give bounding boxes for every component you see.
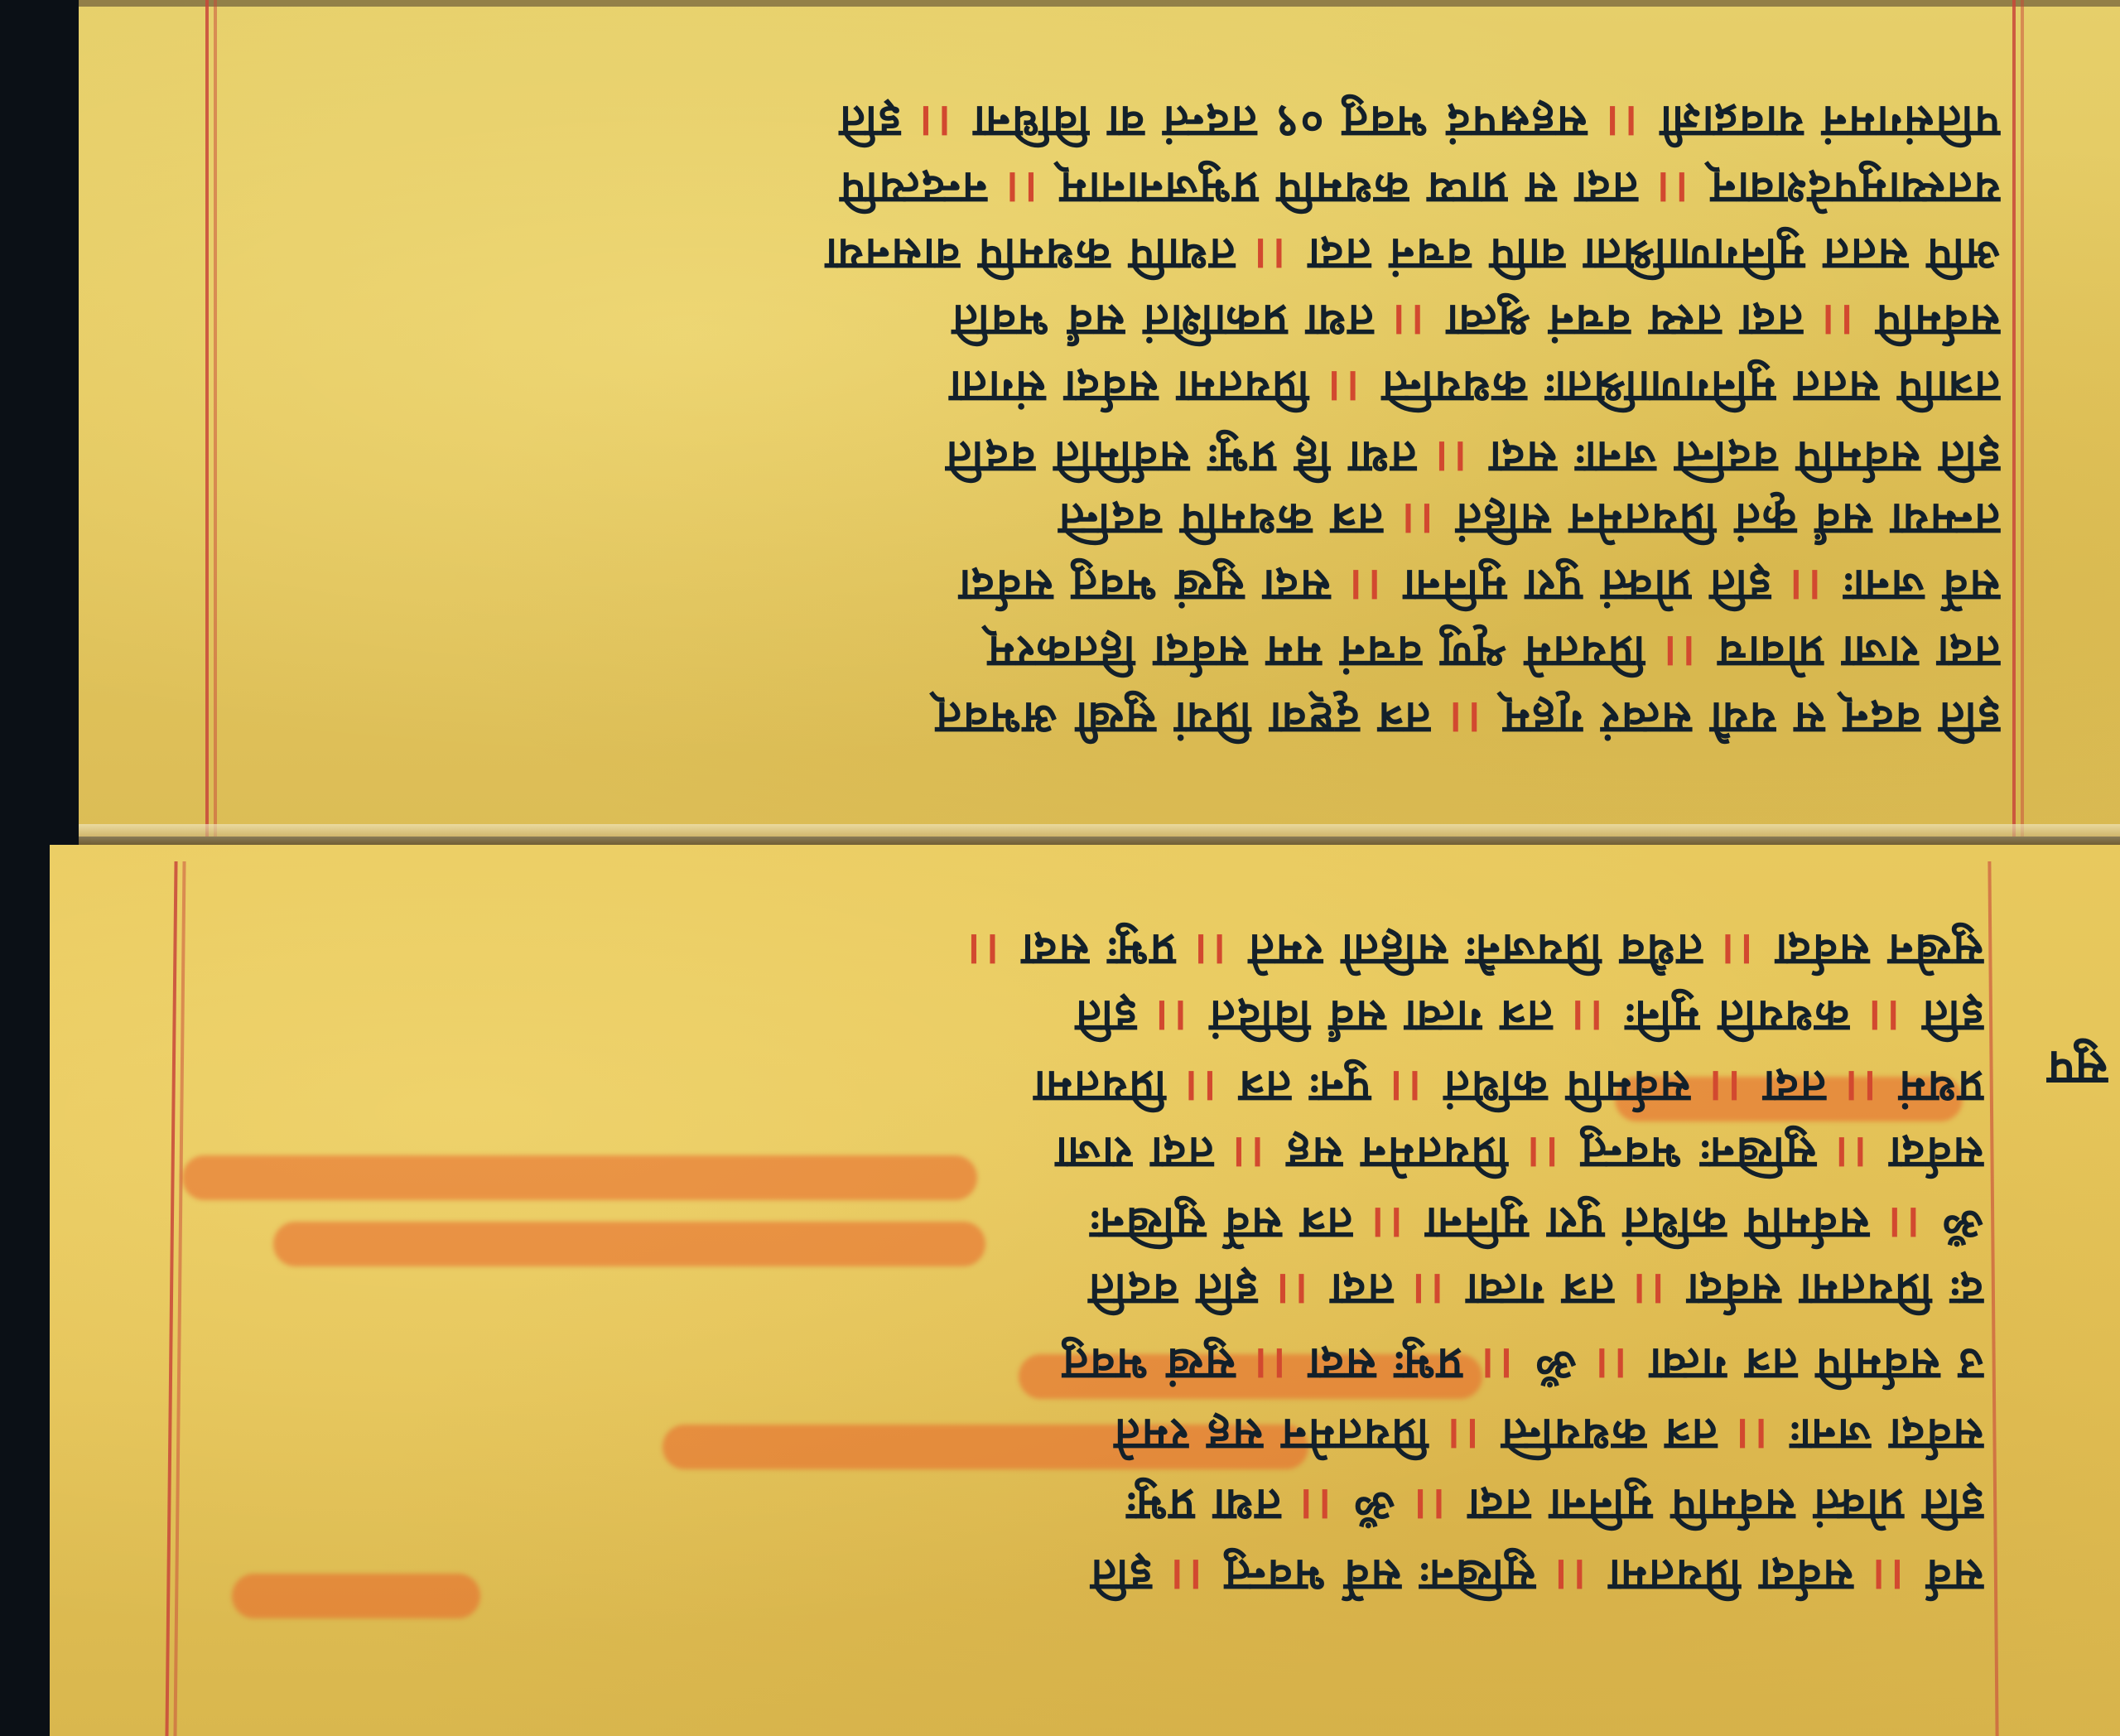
double-danda-mark: ।। [1253,1338,1290,1391]
red-ruling-left-top [205,0,209,837]
double-danda-mark: ।। [1169,1550,1207,1602]
manuscript-line: प्रथमं ।। तदा ।। सर्वमपि कथितं ।। पुनः त… [170,1060,1983,1113]
double-danda-mark: ।। [1820,295,1857,347]
manuscript-line: यतस्यामुपदेशवान् ।। तदा स प्राप्य कथमपि … [219,162,2000,215]
double-danda-mark: ।। [1388,1061,1425,1113]
double-danda-mark: ।। [1867,991,1904,1043]
double-danda-mark: ।। [1631,1264,1669,1316]
manuscript-line: सर्व ।। सर्वदा प्रियतमा ।। सुखिनः सर्वे … [112,1549,1983,1602]
double-danda-mark: ।। [1448,692,1485,745]
double-danda-mark: ।। [1252,229,1289,281]
margin-note: सुप [2050,1039,2108,1097]
double-danda-mark: ।। [1708,1061,1745,1113]
manuscript-line: दः प्रियतमा सर्वदा ।। तत्र गत्वा ।। तदा … [137,1263,1983,1316]
double-danda-mark: ।। [1154,991,1191,1043]
double-danda-mark: ।। [1390,295,1428,347]
manuscript-line: सर्वे जनाः ।। इति प्रोक्तं पुरा मुनिना ।… [219,559,2000,612]
double-danda-mark: ।। [1370,1198,1407,1250]
manuscript-line: तदा राजा प्रोवाच ।। प्रियतमे शृणु वचनं म… [219,625,2000,678]
red-ruling-left-top-inner [214,0,217,837]
double-danda-mark: ।। [1347,560,1385,612]
red-ruling-right-top-inner [2021,0,2024,837]
double-danda-mark: ।। [1480,1338,1517,1391]
manuscript-line: इति सर्वमपि वदन्ति जनाः सदा ।। तथा हि प्… [219,431,2000,484]
double-danda-mark: ।। [1183,1061,1221,1113]
double-danda-mark: ।। [1274,1264,1312,1316]
manuscript-line: सर्वदा जनाः ।। तत्र कथयन्ति ।। प्रियतमेन… [120,1408,1983,1461]
leaf-top-edge [79,0,2120,7]
double-danda-mark: ।। [1886,1198,1924,1250]
double-danda-mark: ।। [1412,1479,1449,1531]
red-ruling-right-top [2012,0,2016,837]
double-danda-mark: ।। [1593,1338,1631,1391]
manuscript-line: इति ।। कथयति मुनिः ।। तत्र गत्वा सर्वं व… [178,990,1983,1043]
double-danda-mark: ।। [1662,626,1699,678]
manuscript-line: इति प्रोक्तं सर्वमपि मुनिना तदा ।। ॐ ।। … [112,1478,1983,1531]
double-danda-mark: ।। [1843,1061,1881,1113]
double-danda-mark: ।। [1604,96,1641,148]
manuscript-line: सर्वमपि ।। तदा तस्य वचनं श्रुत्वा ।। तथा… [219,294,2000,347]
manuscript-line: उ सर्वमपि तत्र गत्वा ।। ॐ ।। प्रभुः सदा … [128,1338,1983,1391]
manuscript-line: इति वदन् स ययौ सत्वरं गृहम् ।। तत्र दृष्… [219,692,2000,745]
double-danda-mark: ।। [1326,361,1363,413]
double-danda-mark: ।। [1525,1127,1563,1179]
double-danda-mark: ।। [1569,991,1607,1043]
double-danda-mark: ।। [1400,494,1438,546]
double-danda-mark: ।। [1231,1127,1268,1179]
double-danda-mark: ।। [1553,1550,1590,1602]
double-danda-mark: ।। [966,924,1003,976]
manuscript-line: तत्रापि सतत मुनिगणाश्रिताः कथयन्ति ।। प्… [219,360,2000,413]
double-danda-mark: ।। [918,96,955,148]
double-danda-mark: ।। [1446,1409,1483,1461]
manuscript-line: अपि सतत मुनिगणाश्रिता वापि वचनं तदा ।। त… [219,228,2000,281]
manuscript-line: पतिसंगमनं यावद्राज्ञी ।। सहस्रपदं भवतु ०… [219,95,2000,148]
double-danda-mark: ।। [1192,924,1230,976]
manuscript-line: तन्मया सर्वं कृतं प्रियतमेन सहितं ।। तत्… [219,493,2000,546]
double-danda-mark: ।। [1720,924,1757,976]
double-danda-mark: ।। [1298,1479,1335,1531]
manuscript-line: सर्वदा ।। सुखिनः भवन्तु ।। प्रियतमेन सह … [161,1126,1983,1179]
manuscript-line: ॐ ।। सर्वमपि कथितं पुरा मुनिना ।। तत्र स… [137,1197,1983,1250]
double-danda-mark: ।। [1410,1264,1448,1316]
double-danda-mark: ।। [1433,432,1471,484]
double-danda-mark: ।। [1833,1127,1871,1179]
double-danda-mark: ।। [1005,162,1042,215]
manuscript-line: सुखेन सर्वदा ।। तथैव प्रियजनैः सहितो रमत… [178,923,1983,976]
double-danda-mark: ।। [1788,560,1825,612]
double-danda-mark: ।। [1734,1409,1771,1461]
double-danda-mark: ।। [1871,1550,1908,1602]
double-danda-mark: ।। [1655,162,1693,215]
